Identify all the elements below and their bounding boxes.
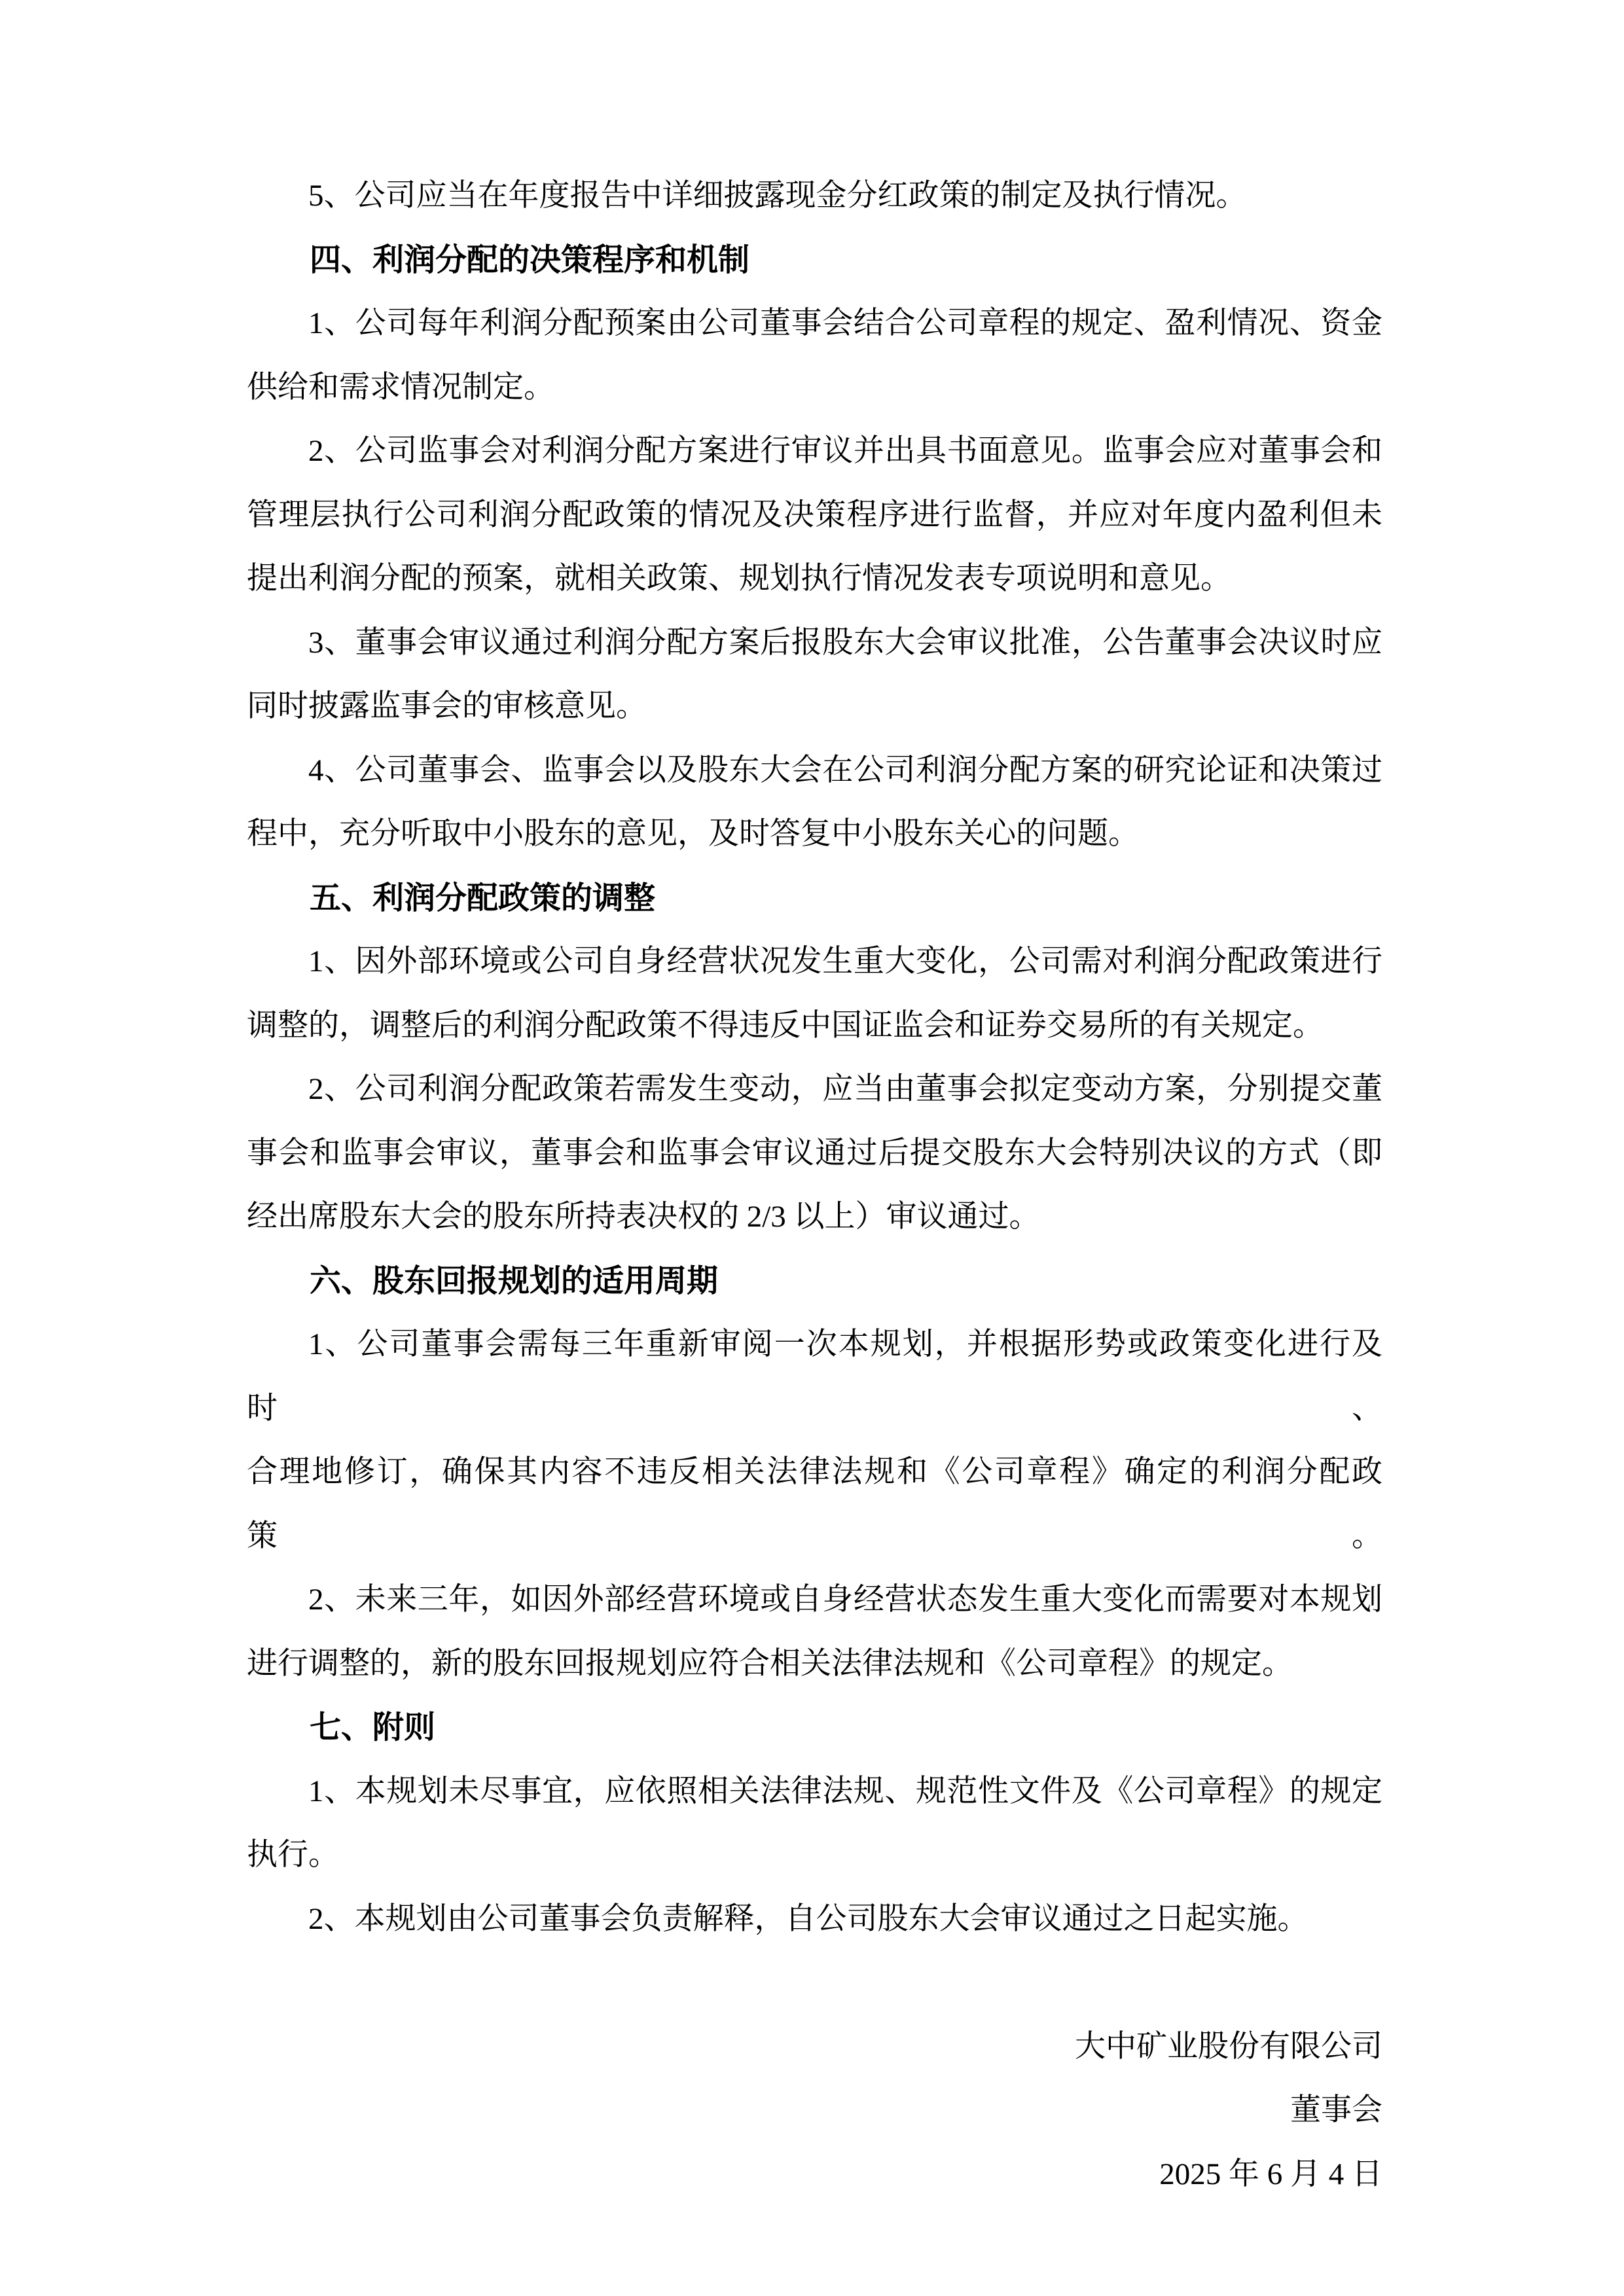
text-line: 2、未来三年，如因外部经营环境或自身经营状态发生重大变化而需要对本规划 [247, 1568, 1382, 1632]
document-page: 5、公司应当在年度报告中详细披露现金分红政策的制定及执行情况。四、利润分配的决策… [0, 0, 1624, 2296]
text-line: 1、公司董事会需每三年重新审阅一次本规划，并根据形势或政策变化进行及时、 [247, 1313, 1382, 1441]
text-line: 合理地修订，确保其内容不违反相关法律法规和《公司章程》确定的利润分配政策。 [247, 1441, 1382, 1568]
text-line: 进行调整的，新的股东回报规划应符合相关法律法规和《公司章程》的规定。 [247, 1632, 1382, 1696]
text-line: 3、董事会审议通过利润分配方案后报股东大会审议批准，公告董事会决议时应 [247, 611, 1382, 675]
text-line: 同时披露监事会的审核意见。 [247, 675, 1382, 739]
section-heading: 六、股东回报规划的适用周期 [247, 1249, 1382, 1314]
text-line: 程中，充分听取中小股东的意见，及时答复中小股东关心的问题。 [247, 802, 1382, 867]
text-line: 提出利润分配的预案，就相关政策、规划执行情况发表专项说明和意见。 [247, 547, 1382, 611]
text-line: 1、本规划未尽事宜，应依照相关法律法规、规范性文件及《公司章程》的规定 [247, 1760, 1382, 1824]
section-heading: 四、利润分配的决策程序和机制 [247, 228, 1382, 293]
text-line: 2、公司监事会对利润分配方案进行审议并出具书面意见。监事会应对董事会和 [247, 420, 1382, 484]
blank-line [247, 1951, 1382, 2015]
text-line: 管理层执行公司利润分配政策的情况及决策程序进行监督，并应对年度内盈利但未 [247, 484, 1382, 548]
signature-line: 2025 年 6 月 4 日 [247, 2143, 1382, 2207]
text-line: 执行。 [247, 1823, 1382, 1888]
section-heading: 五、利润分配政策的调整 [247, 867, 1382, 931]
text-line: 1、因外部环境或公司自身经营状况发生重大变化，公司需对利润分配政策进行 [247, 930, 1382, 994]
section-heading: 七、附则 [247, 1696, 1382, 1760]
signature-line: 董事会 [247, 2079, 1382, 2143]
text-line: 5、公司应当在年度报告中详细披露现金分红政策的制定及执行情况。 [247, 164, 1382, 228]
text-line: 事会和监事会审议，董事会和监事会审议通过后提交股东大会特别决议的方式（即 [247, 1122, 1382, 1186]
document-content: 5、公司应当在年度报告中详细披露现金分红政策的制定及执行情况。四、利润分配的决策… [247, 164, 1382, 2206]
text-line: 经出席股东大会的股东所持表决权的 2/3 以上）审议通过。 [247, 1185, 1382, 1249]
text-line: 供给和需求情况制定。 [247, 356, 1382, 420]
text-line: 1、公司每年利润分配预案由公司董事会结合公司章程的规定、盈利情况、资金 [247, 292, 1382, 356]
text-line: 调整的，调整后的利润分配政策不得违反中国证监会和证券交易所的有关规定。 [247, 994, 1382, 1058]
text-line: 2、本规划由公司董事会负责解释，自公司股东大会审议通过之日起实施。 [247, 1888, 1382, 1952]
text-line: 4、公司董事会、监事会以及股东大会在公司利润分配方案的研究论证和决策过 [247, 739, 1382, 803]
text-line: 2、公司利润分配政策若需发生变动，应当由董事会拟定变动方案，分别提交董 [247, 1058, 1382, 1122]
signature-line: 大中矿业股份有限公司 [247, 2015, 1382, 2079]
